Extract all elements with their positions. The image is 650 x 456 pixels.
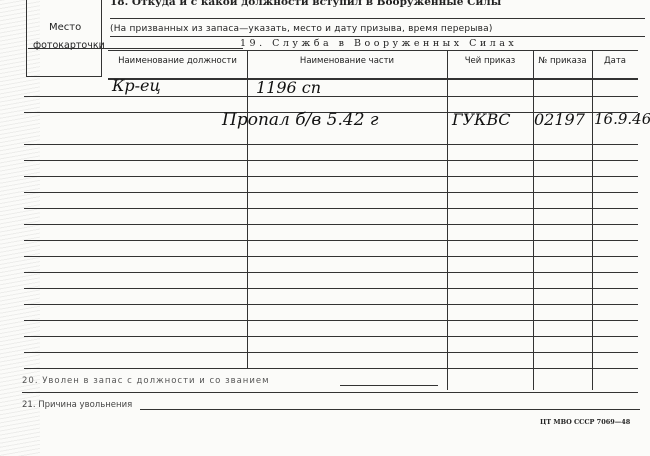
table-row (24, 240, 638, 241)
entry-unit: 1196 сп (256, 78, 321, 97)
table-row (24, 352, 638, 353)
divider (28, 48, 243, 49)
table-row (24, 144, 638, 145)
photo-placeholder-box: Место фотокарточки (26, 0, 102, 77)
section-19-title: 19. Служба в Вооруженных Силах (240, 38, 517, 49)
table-row (24, 224, 638, 225)
table-header-bottom (108, 78, 638, 80)
table-row (24, 256, 638, 257)
table-row (24, 192, 638, 193)
table-top-border (108, 50, 638, 51)
section-20-bottom-line (22, 392, 638, 393)
photo-label-line1: Место (49, 22, 81, 33)
entry-order-by: ГУКВС (452, 110, 511, 129)
column-header-date: Дата (592, 56, 638, 66)
section-20-answer-line (340, 385, 438, 386)
divider (110, 36, 645, 37)
photo-label-line2: фотокарточки (33, 40, 105, 51)
table-row (24, 304, 638, 305)
section-21-answer-line (140, 409, 640, 410)
form-code: ЦТ МВО СССР 7069—48 (540, 418, 630, 426)
column-divider (592, 368, 593, 390)
column-header-unit: Наименование части (247, 56, 447, 66)
entry-order-number: 02197 (534, 110, 585, 129)
table-row (24, 320, 638, 321)
entry-status: Пропал б/в 5.42 г (222, 110, 379, 130)
table-row (24, 288, 638, 289)
entry-position: Кр-ец (112, 76, 161, 95)
column-header-order-number: № приказа (533, 56, 592, 66)
table-bottom-border (24, 368, 638, 369)
section-21-label: 21. Причина увольнения (22, 400, 132, 410)
column-header-position: Наименование должности (108, 56, 247, 66)
column-divider (533, 368, 534, 390)
section-20-label: 20. Уволен в запас с должности и со зван… (22, 376, 270, 386)
section-18-title: 18. Откуда и с какой должности вступил в… (110, 0, 501, 8)
table-row (24, 176, 638, 177)
table-row (24, 336, 638, 337)
table-row (24, 160, 638, 161)
column-divider (447, 368, 448, 390)
table-row (24, 96, 638, 97)
table-row (24, 208, 638, 209)
column-header-order-by: Чей приказ (447, 56, 533, 66)
entry-date: 16.9.46. (594, 110, 650, 128)
table-row (24, 272, 638, 273)
section-18-subtitle: (На призванных из запаса—указать, место … (110, 24, 493, 34)
section-18-answer-line (110, 18, 645, 19)
